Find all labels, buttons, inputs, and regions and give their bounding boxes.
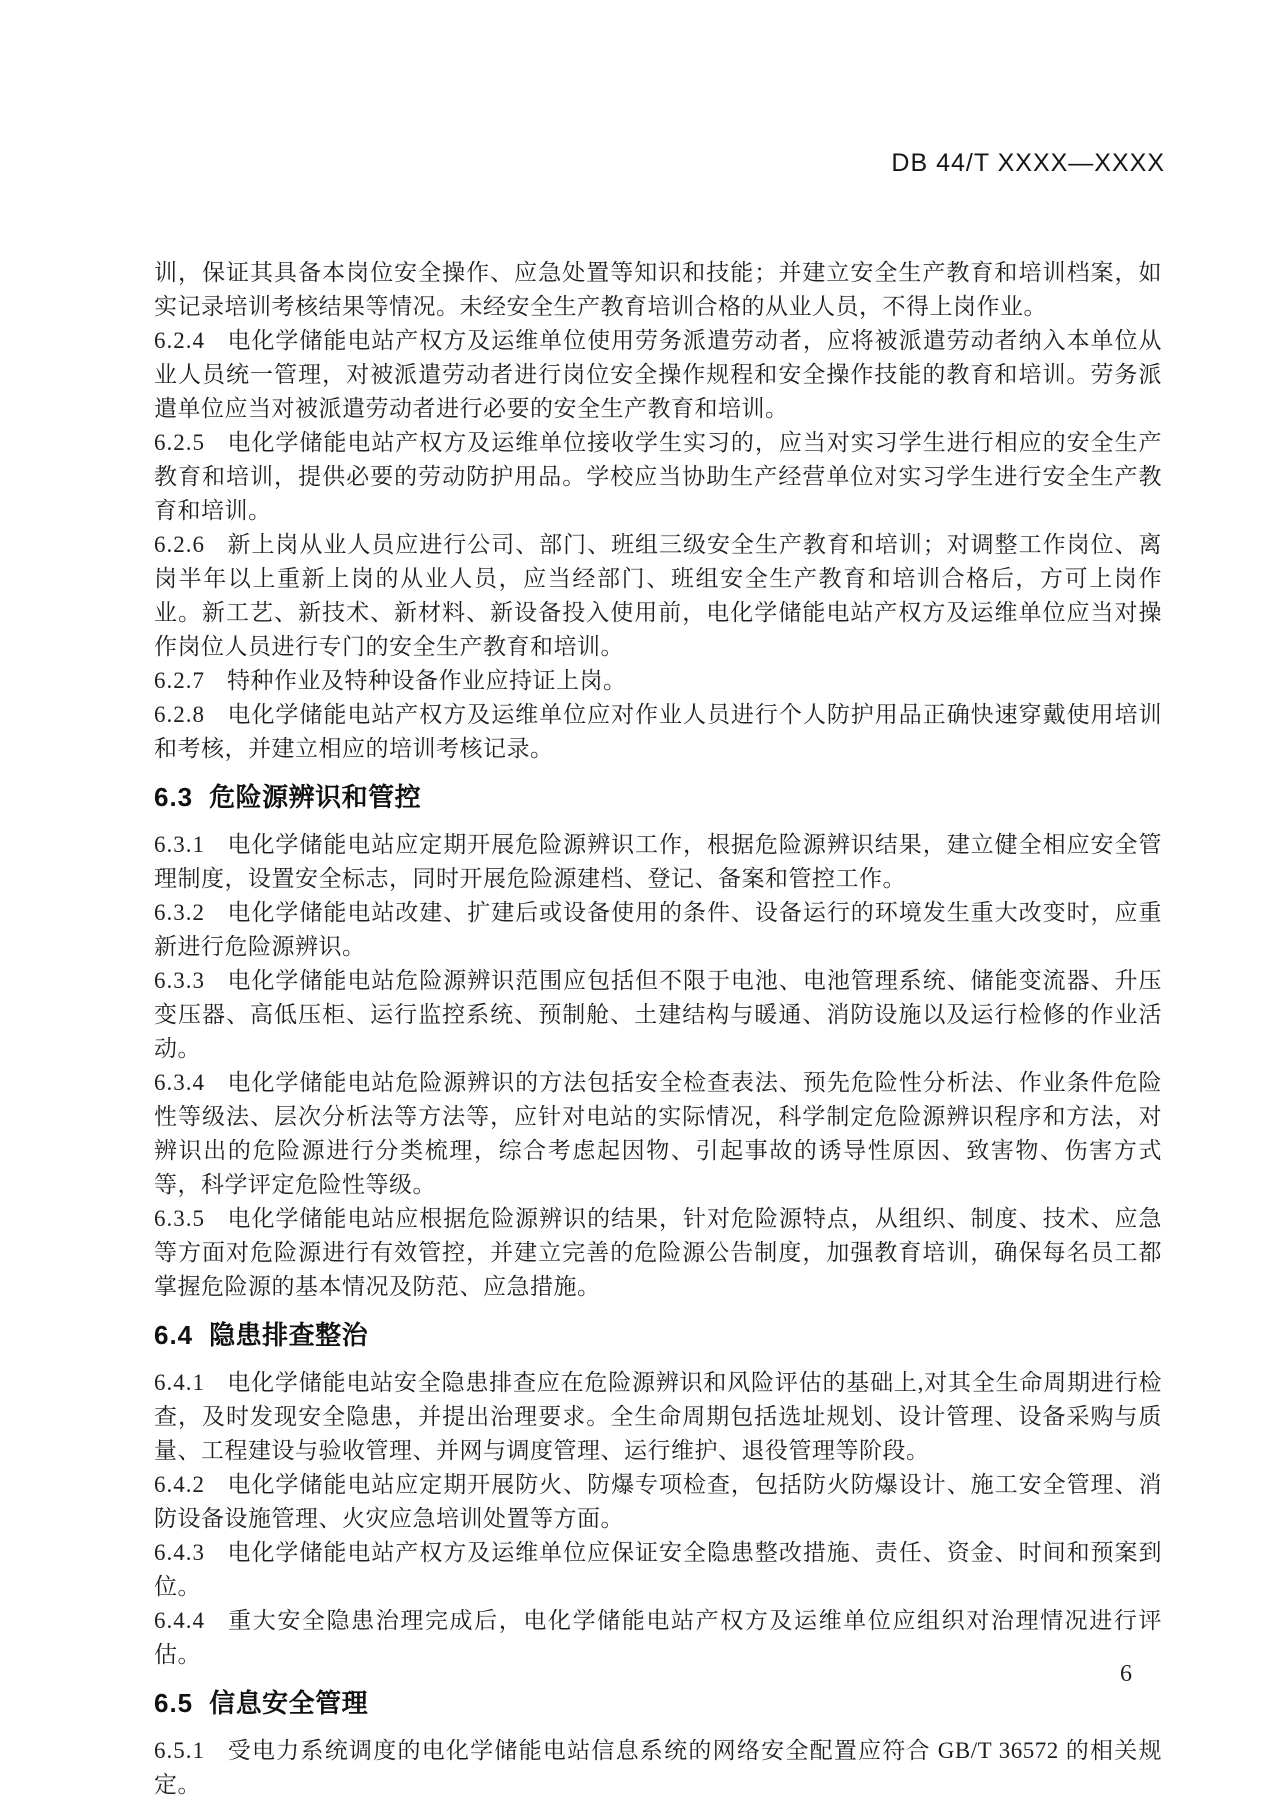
paragraph: 6.4.3电化学储能电站产权方及运维单位应保证安全隐患整改措施、责任、资金、时间…	[154, 1536, 1162, 1604]
clause-number: 6.5.1	[154, 1738, 205, 1763]
clause-number: 6.3.2	[154, 900, 205, 925]
clause-number: 6.4.3	[154, 1540, 205, 1565]
section-heading: 6.5信息安全管理	[154, 1686, 1162, 1720]
clause-number: 6.3.3	[154, 968, 205, 993]
paragraph: 6.4.4重大安全隐患治理完成后，电化学储能电站产权方及运维单位应组织对治理情况…	[154, 1604, 1162, 1672]
clause-text: 电化学储能电站改建、扩建后或设备使用的条件、设备运行的环境发生重大改变时，应重新…	[154, 900, 1162, 959]
paragraph: 6.4.1电化学储能电站安全隐患排查应在危险源辨识和风险评估的基础上,对其全生命…	[154, 1366, 1162, 1468]
document-body: 训，保证其具备本岗位安全操作、应急处置等知识和技能；并建立安全生产教育和培训档案…	[154, 256, 1162, 1802]
clause-text: 新上岗从业人员应进行公司、部门、班组三级安全生产教育和培训；对调整工作岗位、离岗…	[154, 532, 1162, 659]
clause-text: 信息安全管理	[209, 1688, 368, 1718]
clause-text: 训，保证其具备本岗位安全操作、应急处置等知识和技能；并建立安全生产教育和培训档案…	[154, 260, 1162, 319]
paragraph: 6.5.1受电力系统调度的电化学储能电站信息系统的网络安全配置应符合 GB/T …	[154, 1734, 1162, 1802]
clause-number: 6.3.5	[154, 1206, 205, 1231]
clause-number: 6.4.1	[154, 1370, 205, 1395]
page-number: 6	[1120, 1660, 1132, 1688]
paragraph: 6.4.2电化学储能电站应定期开展防火、防爆专项检查，包括防火防爆设计、施工安全…	[154, 1468, 1162, 1536]
clause-text: 电化学储能电站产权方及运维单位应保证安全隐患整改措施、责任、资金、时间和预案到位…	[154, 1540, 1162, 1599]
clause-number: 6.2.5	[154, 430, 205, 455]
paragraph: 6.2.4电化学储能电站产权方及运维单位使用劳务派遣劳动者，应将被派遣劳动者纳入…	[154, 324, 1162, 426]
clause-number: 6.2.8	[154, 702, 205, 727]
clause-text: 重大安全隐患治理完成后，电化学储能电站产权方及运维单位应组织对治理情况进行评估。	[154, 1608, 1162, 1667]
clause-text: 危险源辨识和管控	[209, 782, 421, 812]
paragraph: 训，保证其具备本岗位安全操作、应急处置等知识和技能；并建立安全生产教育和培训档案…	[154, 256, 1162, 324]
clause-number: 6.2.6	[154, 532, 205, 557]
clause-number: 6.3.4	[154, 1070, 205, 1095]
clause-number: 6.2.7	[154, 668, 205, 693]
paragraph: 6.3.3电化学储能电站危险源辨识范围应包括但不限于电池、电池管理系统、储能变流…	[154, 964, 1162, 1066]
document-page: DB 44/T XXXX—XXXX 训，保证其具备本岗位安全操作、应急处置等知识…	[0, 0, 1280, 1810]
clause-text: 电化学储能电站危险源辨识范围应包括但不限于电池、电池管理系统、储能变流器、升压变…	[154, 968, 1162, 1061]
clause-text: 电化学储能电站应定期开展危险源辨识工作，根据危险源辨识结果，建立健全相应安全管理…	[154, 832, 1162, 891]
clause-number: 6.3.1	[154, 832, 205, 857]
clause-number: 6.5	[154, 1688, 193, 1718]
paragraph: 6.3.4电化学储能电站危险源辨识的方法包括安全检查表法、预先危险性分析法、作业…	[154, 1066, 1162, 1202]
clause-text: 特种作业及特种设备作业应持证上岗。	[227, 668, 627, 693]
clause-number: 6.4.2	[154, 1472, 205, 1497]
clause-text: 受电力系统调度的电化学储能电站信息系统的网络安全配置应符合 GB/T 36572…	[154, 1738, 1162, 1797]
clause-text: 电化学储能电站安全隐患排查应在危险源辨识和风险评估的基础上,对其全生命周期进行检…	[154, 1370, 1162, 1463]
clause-text: 电化学储能电站产权方及运维单位应对作业人员进行个人防护用品正确快速穿戴使用培训和…	[154, 702, 1162, 761]
paragraph: 6.2.6新上岗从业人员应进行公司、部门、班组三级安全生产教育和培训；对调整工作…	[154, 528, 1162, 664]
clause-number: 6.2.4	[154, 328, 205, 353]
clause-text: 隐患排查整治	[209, 1320, 368, 1350]
clause-number: 6.3	[154, 782, 193, 812]
clause-text: 电化学储能电站应根据危险源辨识的结果，针对危险源特点，从组织、制度、技术、应急等…	[154, 1206, 1162, 1299]
standard-code-header: DB 44/T XXXX—XXXX	[891, 149, 1165, 178]
clause-number: 6.4.4	[154, 1608, 205, 1633]
clause-text: 电化学储能电站应定期开展防火、防爆专项检查，包括防火防爆设计、施工安全管理、消防…	[154, 1472, 1162, 1531]
section-heading: 6.3危险源辨识和管控	[154, 780, 1162, 814]
clause-text: 电化学储能电站产权方及运维单位使用劳务派遣劳动者，应将被派遣劳动者纳入本单位从业…	[154, 328, 1162, 421]
paragraph: 6.2.5电化学储能电站产权方及运维单位接收学生实习的，应当对实习学生进行相应的…	[154, 426, 1162, 528]
paragraph: 6.3.5电化学储能电站应根据危险源辨识的结果，针对危险源特点，从组织、制度、技…	[154, 1202, 1162, 1304]
section-heading: 6.4隐患排查整治	[154, 1318, 1162, 1352]
clause-text: 电化学储能电站危险源辨识的方法包括安全检查表法、预先危险性分析法、作业条件危险性…	[154, 1070, 1162, 1197]
clause-number: 6.4	[154, 1320, 193, 1350]
paragraph: 6.3.2电化学储能电站改建、扩建后或设备使用的条件、设备运行的环境发生重大改变…	[154, 896, 1162, 964]
paragraph: 6.2.8电化学储能电站产权方及运维单位应对作业人员进行个人防护用品正确快速穿戴…	[154, 698, 1162, 766]
clause-text: 电化学储能电站产权方及运维单位接收学生实习的，应当对实习学生进行相应的安全生产教…	[154, 430, 1162, 523]
paragraph: 6.2.7特种作业及特种设备作业应持证上岗。	[154, 664, 1162, 698]
paragraph: 6.3.1电化学储能电站应定期开展危险源辨识工作，根据危险源辨识结果，建立健全相…	[154, 828, 1162, 896]
